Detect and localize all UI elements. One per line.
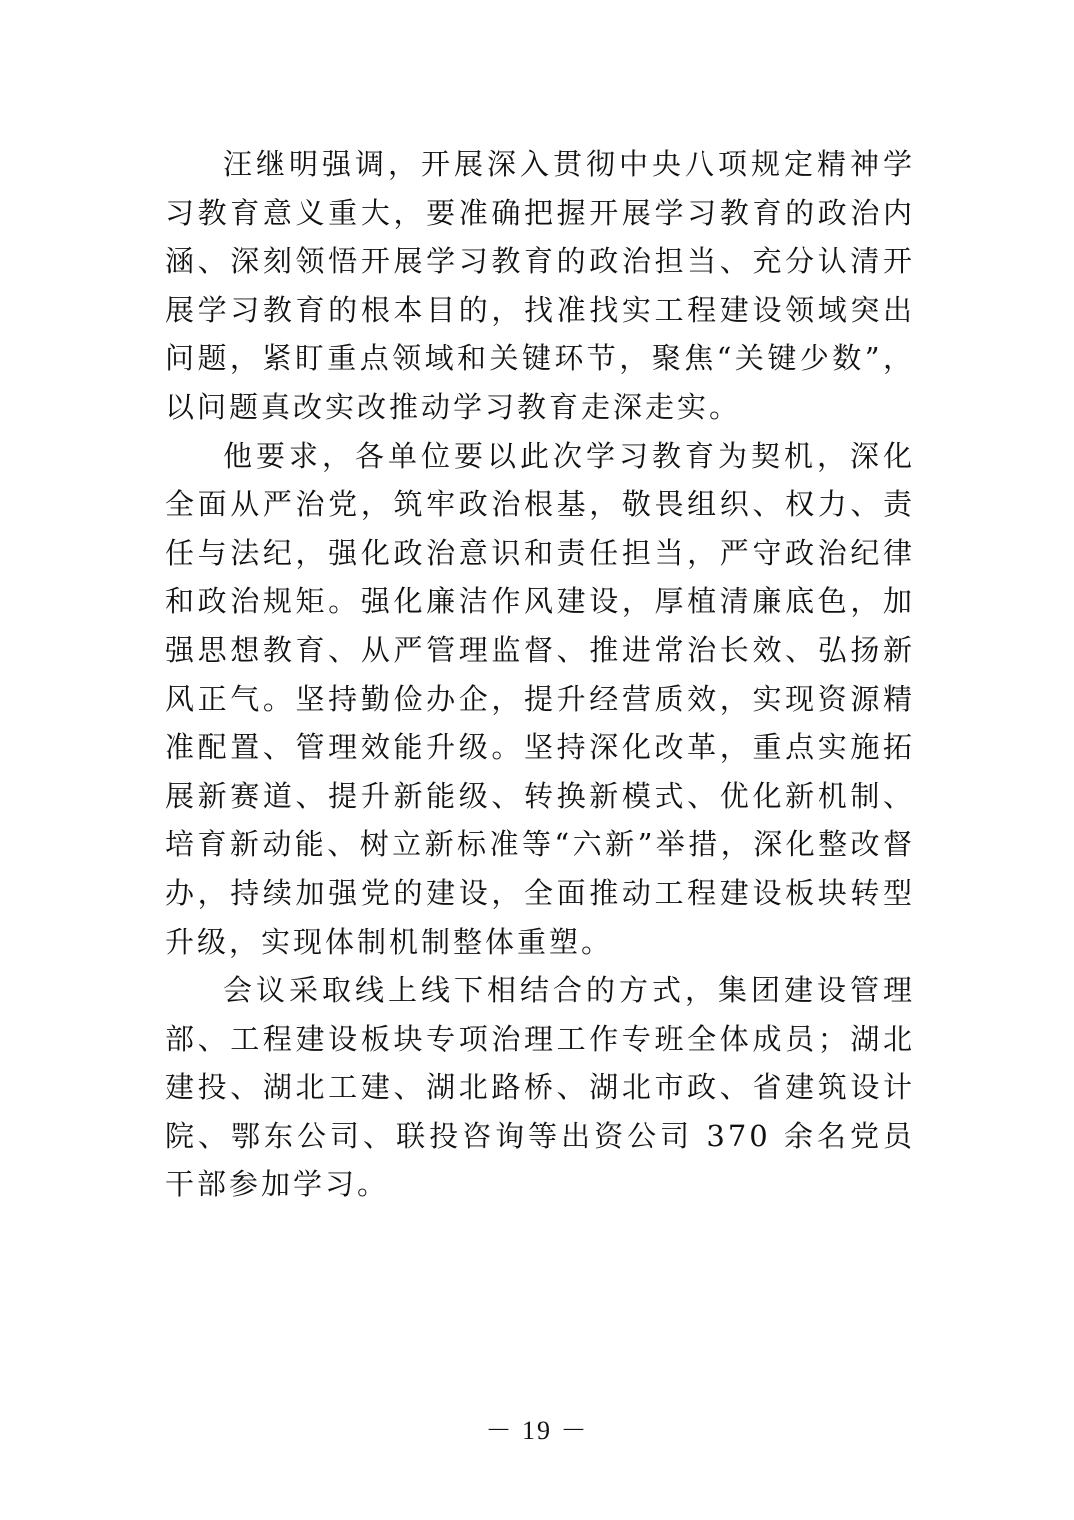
paragraph-3: 会议采取线上线下相结合的方式，集团建设管理部、工程建设板块专项治理工作专班全体成… bbox=[165, 966, 915, 1209]
document-body: 汪继明强调，开展深入贯彻中央八项规定精神学习教育意义重大，要准确把握开展学习教育… bbox=[165, 140, 915, 1209]
page-number: － 19 － bbox=[0, 1410, 1074, 1447]
paragraph-1: 汪继明强调，开展深入贯彻中央八项规定精神学习教育意义重大，要准确把握开展学习教育… bbox=[165, 140, 915, 432]
paragraph-2: 他要求，各单位要以此次学习教育为契机，深化全面从严治党，筑牢政治根基，敬畏组织、… bbox=[165, 432, 915, 967]
document-page: 汪继明强调，开展深入贯彻中央八项规定精神学习教育意义重大，要准确把握开展学习教育… bbox=[0, 0, 1074, 1520]
